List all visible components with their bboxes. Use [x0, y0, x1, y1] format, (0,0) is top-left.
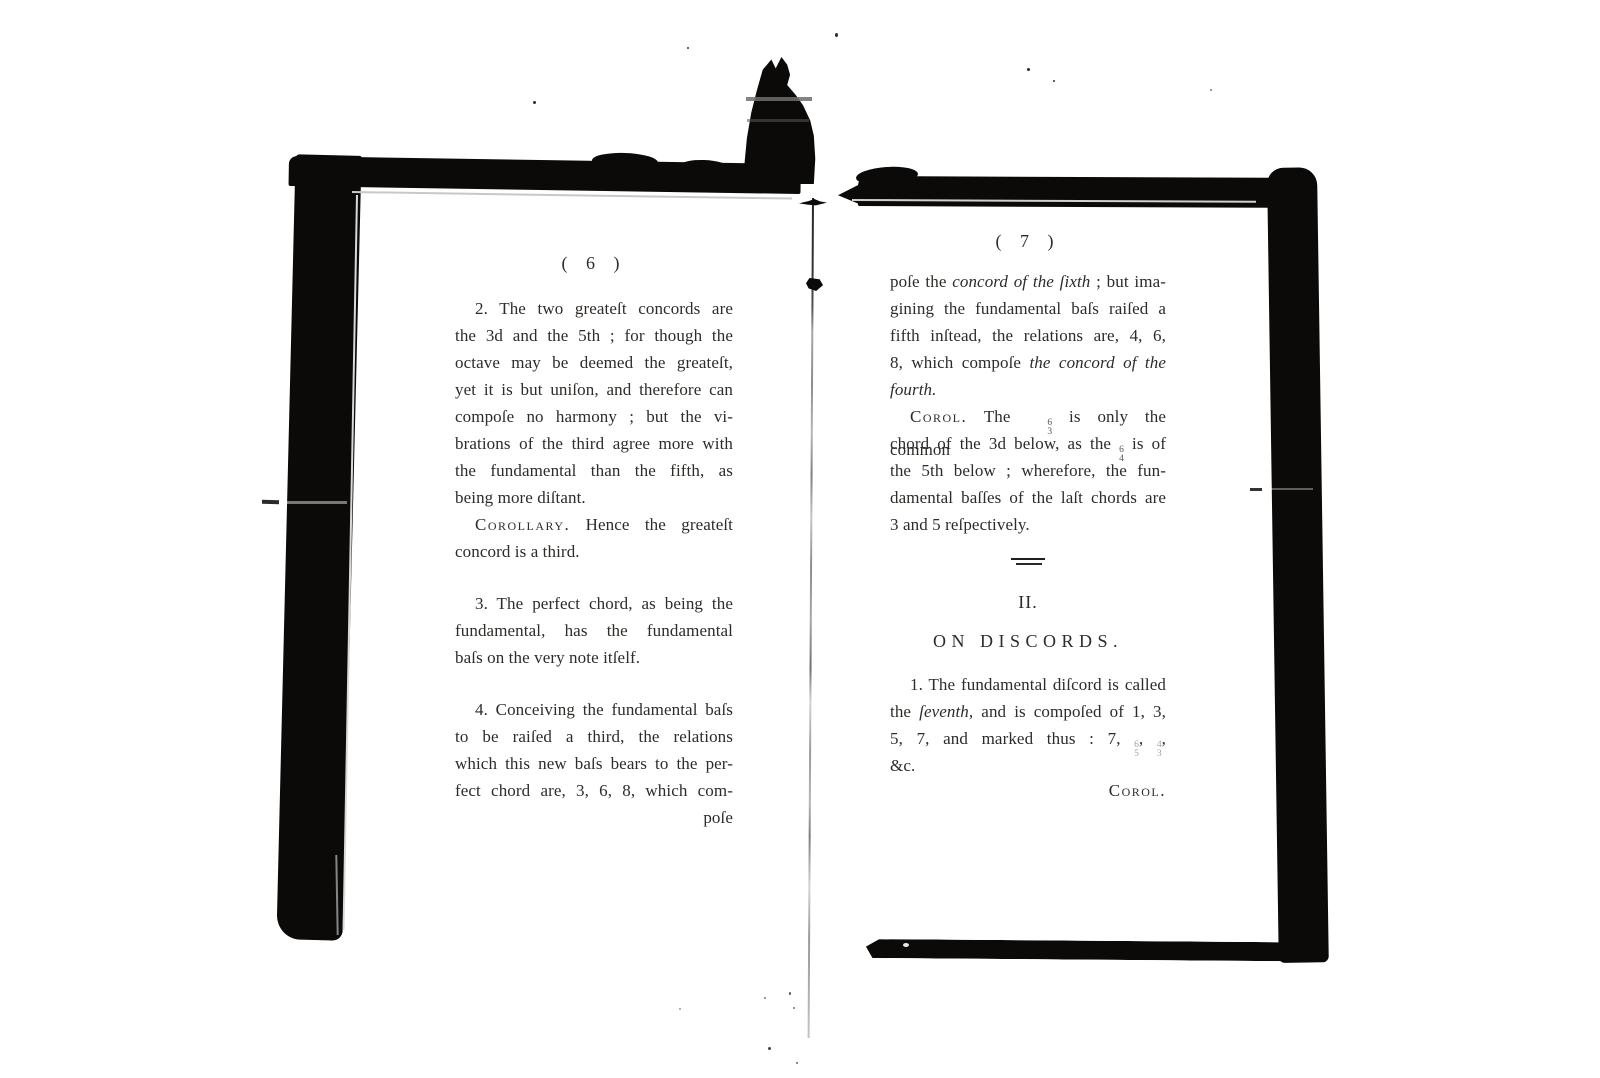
- fraction-denominator: 3: [1157, 750, 1162, 759]
- page-7-number: ( 7 ): [890, 228, 1166, 255]
- text-line: fifth inſtead, the relations are, 4, 6,: [890, 322, 1166, 349]
- text-line: fundamental, has the fundamental: [455, 617, 733, 644]
- ink-speck: [796, 1062, 798, 1064]
- margin-tick-left: [262, 500, 279, 505]
- text-segment: 5, 7, and marked thus : 7,: [890, 729, 1134, 748]
- divider-rule-top: [1011, 558, 1045, 560]
- text-line: 2. The two greateſt concords are: [455, 295, 733, 322]
- text-segment: the: [890, 702, 919, 721]
- text-line: fourth.: [890, 376, 1166, 403]
- figured-bass-6-5: 65: [1134, 741, 1139, 758]
- band-scratch-right: [1263, 488, 1313, 490]
- text-line: gining the fundamental baſs raiſed a: [890, 295, 1166, 322]
- catchword: Corol.: [890, 777, 1166, 804]
- text-line: the fundamental than the fifth, as: [455, 457, 733, 484]
- scanned-book-spread: { "colors": { "paper": "#ffffff", "ink":…: [0, 0, 1600, 1078]
- catchword: poſe: [455, 804, 733, 831]
- text-line: 5, 7, and marked thus : 7, 65, 43,: [890, 725, 1166, 752]
- italic-segment: ſeventh,: [919, 702, 973, 721]
- text-segment: The: [967, 407, 1027, 426]
- figured-bass-4-3: 43: [1157, 741, 1162, 758]
- ink-speck: [764, 997, 766, 999]
- text-line: &c.: [890, 752, 1166, 779]
- ink-speck: [533, 101, 536, 104]
- text-line: which this new baſs bears to the per-: [455, 750, 733, 777]
- paragraph-3: 3. The perfect chord, as being the funda…: [455, 590, 733, 671]
- ink-blob-scratch-2: [747, 119, 809, 122]
- text-segment: is of: [1124, 434, 1166, 453]
- ink-speck: [1027, 68, 1030, 71]
- scan-border-right: [1267, 167, 1329, 963]
- section-numeral: II.: [890, 590, 1166, 614]
- ink-blob-scratch-1: [746, 97, 812, 101]
- text-line: to be raiſed a third, the relations: [455, 723, 733, 750]
- text-line: the 3d and the 5th ; for though the: [455, 322, 733, 349]
- text-line: poſe the concord of the ſixth ; but ima-: [890, 268, 1166, 295]
- section-title: ON DISCORDS.: [890, 628, 1166, 654]
- section-divider: [1011, 558, 1045, 565]
- text-segment: 8, which compoſe: [890, 353, 1029, 372]
- text-line: the ſeventh, and is compoſed of 1, 3,: [890, 698, 1166, 725]
- text-line: octave may be deemed the greateſt,: [455, 349, 733, 376]
- spine-fold-line: [808, 198, 814, 1038]
- text-line: compoſe no harmony ; but the vi-: [455, 403, 733, 430]
- text-segment: ,: [1139, 729, 1157, 748]
- figured-bass-6-3: 63: [1027, 419, 1052, 436]
- ink-speck: [835, 33, 838, 37]
- page-6-number: ( 6 ): [455, 250, 733, 277]
- scan-border-top-right-segment: [858, 176, 1310, 208]
- text-line: being more diſtant.: [455, 484, 733, 511]
- paragraph-discords-1: 1. The fundamental diſcord is called the…: [890, 671, 1166, 779]
- ink-speck: [1210, 89, 1212, 91]
- fraction-denominator: 5: [1134, 750, 1139, 759]
- text-line: yet it is but uniſon, and therefore can: [455, 376, 733, 403]
- text-line: 1. The fundamental diſcord is called: [890, 671, 1166, 698]
- text-line: 8, which compoſe the concord of the: [890, 349, 1166, 376]
- italic-segment: the concord of the: [1029, 353, 1166, 372]
- text-segment: and is compoſed of 1, 3,: [973, 702, 1166, 721]
- text-line: baſs on the very note itſelf.: [455, 644, 733, 671]
- text-line: concord is a third.: [455, 538, 733, 565]
- text-segment: chord of the 3d below, as the: [890, 434, 1119, 453]
- corollary-label: Corollary.: [475, 515, 570, 534]
- corol-label: Corol.: [910, 407, 967, 426]
- text-line: damental baſſes of the laſt chords are: [890, 484, 1166, 511]
- fraction-denominator: 3: [1027, 428, 1052, 437]
- margin-tick-right: [1250, 488, 1262, 491]
- spine-arrow-mark-mid: [806, 278, 823, 291]
- text-line: 4. Conceiving the fundamental baſs: [455, 696, 733, 723]
- text-line: 3 and 5 reſpectively.: [890, 511, 1166, 538]
- ink-speck: [793, 1007, 795, 1009]
- scan-border-top-left-segment: [289, 156, 801, 194]
- ink-speck: [687, 47, 689, 49]
- italic-segment: concord of the ſixth: [952, 272, 1090, 291]
- corol-line: Corol. The 63 is only the common: [890, 403, 1166, 430]
- corollary-text: Hence the greateſt: [570, 515, 733, 534]
- ink-speck: [789, 992, 791, 995]
- band-scratch-left: [279, 501, 347, 504]
- text-segment: ; but ima-: [1090, 272, 1166, 291]
- corollary-line: Corollary. Hence the greateſt: [455, 511, 733, 538]
- paragraph-2: 2. The two greateſt concords are the 3d …: [455, 295, 733, 565]
- scan-border-white-nick: [903, 943, 909, 947]
- text-line: 3. The perfect chord, as being the: [455, 590, 733, 617]
- paragraph-continuation: poſe the concord of the ſixth ; but ima-…: [890, 268, 1166, 538]
- text-line: fect chord are, 3, 6, 8, which com-: [455, 777, 733, 804]
- text-line: the 5th below ; wherefore, the fun-: [890, 457, 1166, 484]
- figured-bass-6-4: 64: [1119, 446, 1124, 463]
- text-segment: ,: [1162, 729, 1166, 748]
- fraction-denominator: 4: [1119, 455, 1124, 464]
- paragraph-4: 4. Conceiving the fundamental baſs to be…: [455, 696, 733, 831]
- text-line: brations of the third agree more with: [455, 430, 733, 457]
- ink-speck: [679, 1008, 681, 1010]
- divider-rule-bottom: [1016, 563, 1042, 565]
- catchword-block: Corol.: [890, 777, 1166, 804]
- scan-border-top-right-taper: [838, 182, 864, 206]
- scan-border-bottom-right: [866, 939, 1308, 961]
- ink-speck: [768, 1047, 771, 1050]
- ink-speck: [1053, 80, 1055, 82]
- text-segment: poſe the: [890, 272, 952, 291]
